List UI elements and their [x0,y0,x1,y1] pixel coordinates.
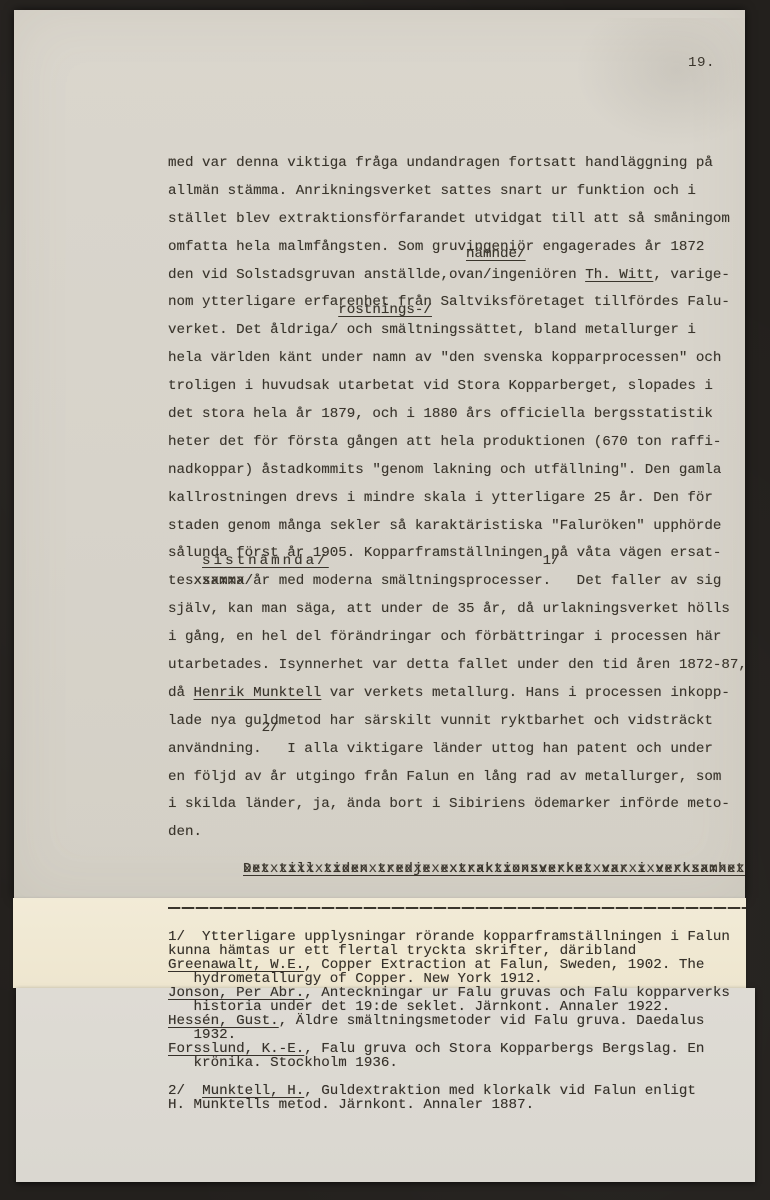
footnote-line: H. Munktells metod. Järnkont. Annaler 18… [168,1098,758,1112]
text-segment: heter det för första gången att hela pro… [168,434,721,450]
text-segment: användning. I alla viktigare länder utto… [168,741,713,757]
typed-line: nom ytterligare erfarenhet från Saltviks… [168,289,768,317]
page-number: 19. [688,55,715,71]
typed-line: allmän stämma. Anrikningsverket sattes s… [168,178,768,206]
text-segment: en följd av år utgingo från Falun en lån… [168,769,721,785]
text-segment: verket. Det åldriga/ och smältningssätte… [168,322,696,338]
typed-line: en följd av år utgingo från Falun en lån… [168,764,768,792]
typed-insertion: 2/ [262,721,279,735]
footnote-line: Hessén, Gust., Äldre smältningsmetoder v… [168,1014,758,1028]
typed-line: användning. I alla viktigare länder utto… [168,736,768,764]
footnote-line: hydrometallurgy of Copper. New York 1912… [168,972,758,986]
body-text: med var denna viktiga fråga undandragen … [168,150,768,847]
text-segment: lade nya guldmetod har särskilt vunnit r… [168,713,713,729]
text-segment: omfatta hela malmfångsten. Som gruvingen… [168,239,704,255]
text-segment: nom ytterligare erfarenhet från Saltviks… [168,294,730,310]
text-segment: staden genom många sekler så karaktärist… [168,518,721,534]
footnote-line: 2/ Munktell, H., Guldextraktion med klor… [168,1084,758,1098]
text-segment: Th. Witt [585,267,653,283]
text-segment: kallrostningen drevs i mindre skala i yt… [168,490,713,506]
text-segment: tes [168,573,194,589]
text-segment: det stora hela år 1879, och i 1880 års o… [168,406,713,422]
typed-line: den. [168,819,768,847]
typed-insertion: rostnings-/ [338,303,432,317]
text-segment: Henrik Munktell [194,685,322,701]
text-segment: /år med moderna smältningsprocesser. Det… [245,573,722,589]
text-segment: var verkets metallurg. Hans i processen … [321,685,730,701]
footnote-line: 1932. [168,1028,758,1042]
crossed-out-line: Det till tiden tredje extraktionsverket … [243,856,745,884]
text-segment: stället blev extraktionsförfarandet utvi… [168,211,730,227]
text-segment: i skilda länder, ja, ända bort i Sibirie… [168,796,730,812]
text-segment: den vid Solstadsgruvan anställde,ovan/in… [168,267,585,283]
footnote-line: Forsslund, K.-E., Falu gruva och Stora K… [168,1042,758,1056]
typed-line: nadkoppar) åstadkommits "genom lakning o… [168,457,768,485]
footnotes: 1/ Ytterligare upplysningar rörande kopp… [168,930,758,1112]
scanned-document: 19. med var denna viktiga fråga undandra… [0,0,770,1200]
typed-line: med var denna viktiga fråga undandragen … [168,150,768,178]
typed-line: utarbetades. Isynnerhet var detta fallet… [168,652,768,680]
text-segment: i gång, en hel del förändringar och förb… [168,629,721,645]
typed-line: lade nya guldmetod har särskilt vunnit r… [168,708,768,736]
footnote-separator-rule [168,907,746,909]
text-segment: Det till tiden tredje extraktionsverket … [243,856,745,884]
text-segment: utarbetades. Isynnerhet var detta fallet… [168,657,747,673]
text-segment: , varige- [653,267,730,283]
typed-insertion: 1/ [543,554,560,568]
typed-line: i skilda länder, ja, ända bort i Sibirie… [168,791,768,819]
text-segment: den. [168,824,202,840]
footnote-line: 1/ Ytterligare upplysningar rörande kopp… [168,930,758,944]
footnote-line: kunna hämtas ur ett flertal tryckta skri… [168,944,758,958]
text-segment: allmän stämma. Anrikningsverket sattes s… [168,183,696,199]
footnote-line: historia under det 19:de seklet. Järnkon… [168,1000,758,1014]
typed-line: troligen i huvudsak utarbetat vid Stora … [168,373,768,401]
text-segment: då [168,685,194,701]
typed-line: i gång, en hel del förändringar och förb… [168,624,768,652]
typed-line: verket. Det åldriga/ och smältningssätte… [168,317,768,345]
typed-line: staden genom många sekler så karaktärist… [168,513,768,541]
typed-line: det stora hela år 1879, och i 1880 års o… [168,401,768,429]
text-segment: krönika. Stockholm 1936. [168,1055,398,1071]
typed-line: heter det för första gången att hela pro… [168,429,768,457]
text-segment: troligen i huvudsak utarbetat vid Stora … [168,378,713,394]
text-segment: , Äldre smältningsmetoder vid Falu gruva… [279,1013,705,1029]
typed-line: kallrostningen drevs i mindre skala i yt… [168,485,768,513]
footnote-line [168,1070,758,1084]
typed-line: själv, kan man säga, att under de 35 år,… [168,596,768,624]
footnote-line: Jonson, Per Abr., Anteckningar ur Falu g… [168,986,758,1000]
typed-line: stället blev extraktionsförfarandet utvi… [168,206,768,234]
bleed-through-smudge [575,18,745,148]
text-segment: H. Munktells metod. Järnkont. Annaler 18… [168,1097,534,1113]
typed-line: hela världen känt under namn av "den sve… [168,345,768,373]
text-segment: själv, kan man säga, att under de 35 år,… [168,601,730,617]
typed-line: den vid Solstadsgruvan anställde,ovan/in… [168,262,768,290]
text-segment: xsammaxxxxxx [194,568,245,596]
typed-line: tesxsammaxxxxxx/år med moderna smältning… [168,568,768,596]
footnote-line: Greenawalt, W.E., Copper Extraction at F… [168,958,758,972]
text-segment: nadkoppar) åstadkommits "genom lakning o… [168,462,721,478]
typed-insertion: nämnde/ [466,247,526,261]
typed-line: då Henrik Munktell var verkets metallurg… [168,680,768,708]
text-segment: hela världen känt under namn av "den sve… [168,350,721,366]
footnote-line: krönika. Stockholm 1936. [168,1056,758,1070]
typed-insertion: sistnämnda/ [202,554,329,568]
text-segment: med var denna viktiga fråga undandragen … [168,155,713,171]
